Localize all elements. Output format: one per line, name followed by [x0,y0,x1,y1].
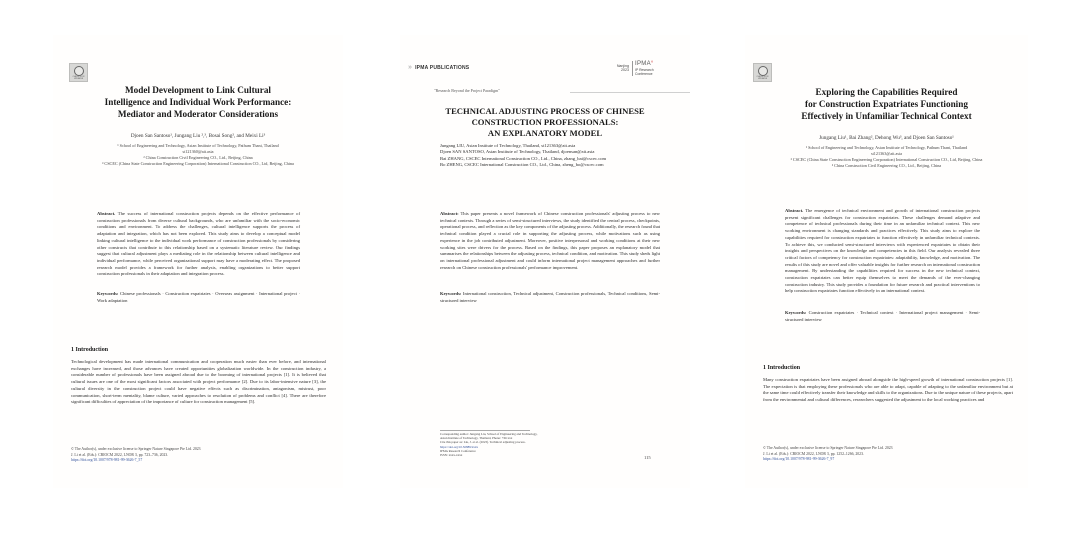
abstract: Abstract: This paper presents a novel fr… [440,211,660,271]
footnote-rule [440,430,530,431]
introduction-text: Technological development has made inter… [71,359,326,406]
author-list: Jungang LIU, Asian Institute of Technolo… [440,143,660,169]
paper-title: Exploring the Capabilities Required for … [755,86,1018,122]
page-number: 115 [644,455,651,460]
author-list: Jungang Liu¹, Bai Zhang², Dehong Wu³, an… [760,135,1013,142]
paper-page-1: CHECK FOR UPDATES Model Development to L… [53,35,343,488]
doi-link[interactable]: https://doi.org/10.1007/978-981-99-3626-… [71,458,326,464]
paper-page-3: CHECK FOR UPDATES Exploring the Capabili… [745,35,1028,488]
abstract: Abstract. The success of international c… [97,211,300,278]
paper-title: Model Development to Link Cultural Intel… [63,84,333,120]
copyright-footer: © The Author(s), under exclusive license… [71,447,326,464]
affiliations: ¹ School of Engineering and Technology, … [73,143,323,167]
keywords: Keywords: Chinese professionals · Constr… [97,291,300,304]
header-rule [570,92,690,93]
keywords: Keywords: Construction expatriates · Tec… [785,310,980,323]
paper-page-2: »IPMA PUBLICATIONS Nanjing2023 IPMA° IP … [400,35,690,488]
section-heading-introduction: 1 Introduction [763,365,800,371]
paper-title: TECHNICAL ADJUSTING PROCESS OF CHINESE C… [410,106,680,139]
crossmark-logo-icon[interactable]: CHECK FOR UPDATES [69,63,88,82]
doi-link[interactable]: https://doi.org/10.1007/978-981-99-3626-… [763,457,1013,463]
copyright-footer: © The Author(s), under exclusive license… [763,446,1013,463]
keywords: Keywords: International construction, Te… [440,291,660,304]
crossmark-logo-icon[interactable]: CHECK FOR UPDATES [753,63,772,82]
abstract: Abstract. The emergence of technical env… [785,208,980,295]
running-head: "Research Beyond the Project Paradigm" [434,88,500,93]
ipma-publications-brand: »IPMA PUBLICATIONS [408,64,469,71]
affiliations: ¹ School of Engineering and Technology, … [760,145,1013,169]
chevron-right-icon: » [408,64,412,71]
introduction-text: Many construction expatriates have been … [763,377,1013,404]
section-heading-introduction: 1 Introduction [71,347,108,353]
footnotes: Corresponding author: Jungang Liu, Schoo… [440,432,590,457]
author-list: Djoen San Santoso¹, Jungang Liu ²,³, Bos… [73,133,323,140]
